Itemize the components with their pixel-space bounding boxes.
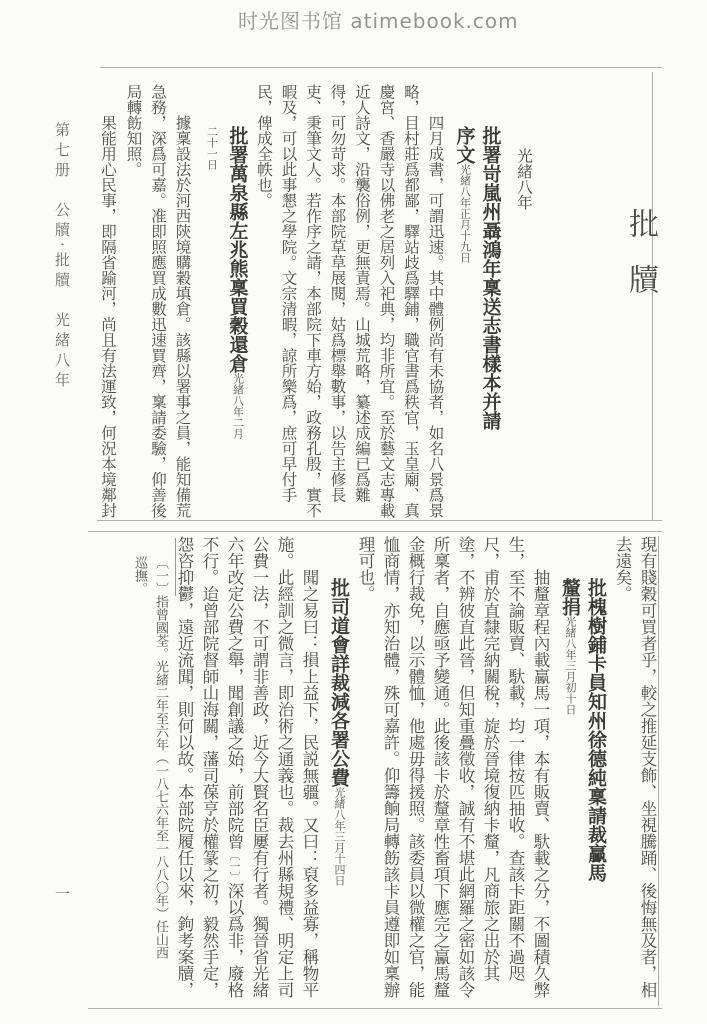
entry-body-2b: 果能用心民事，即隔省踰河，尚且有法運致，何況本境鄰封 (97, 84, 120, 520)
text-run: 四月成書，可謂迅速。其中體例尚有未協者，如名八景爲景略，目村莊爲都鄙，驛站歧爲驛… (255, 84, 445, 518)
entry-body-4: 聞之易曰：損上益下，民説無疆。又曰：裒多益寡，稱物平施。此經訓之微言，即治術之通… (172, 536, 322, 1002)
text-run: 據稟設法於河西陝境購穀填倉。該縣以署事之員，能知備荒急務，深爲可嘉。准即照應買成… (125, 84, 192, 518)
text-run: 抽釐章程內載驘馬一項，本有販賣、馱載之分，不圖積久弊生，至不論販賣、馱載，均一律… (356, 536, 550, 998)
date-annotation: 〔一〕 (228, 850, 241, 883)
text-run: 〔一〕指曾國荃。光緒二年至六年（一八七六年至一八八〇年）任山西 (153, 556, 168, 959)
watermark: 时光图书馆 atimebook.com (238, 5, 519, 34)
text-run: 批司道會詳裁減各署公費 (328, 578, 350, 787)
text-run: 批署岢嵐州聶鴻年稟送志書樣本并請 (480, 126, 502, 430)
bottom-half-page: 現有賤穀可買者乎，較之推延支飾、坐視騰踊、後悔無及者，相去遠矣。批槐樹鋪卡員知州… (88, 536, 660, 1002)
text-run: 釐捐 (559, 578, 581, 616)
text-run: 現有賤穀可買者乎，較之推延支飾、坐視騰踊、後悔無及者，相去遠矣。 (613, 536, 657, 998)
footnote-1: 〔一〕指曾國荃。光緒二年至六年（一八七六年至一八八〇年）任山西巡撫。 (129, 536, 171, 1002)
entry-body-2a: 據稟設法於河西陝境購穀填倉。該縣以署事之員，能知備荒急務，深爲可嘉。准即照應買成… (121, 84, 195, 520)
entry-body-3: 抽釐章程內載驘馬一項，本有販賣、馱載之分，不圖積久弊生，至不論販賣、馱載，均一律… (353, 536, 553, 1002)
date-annotation: 二十一日 (206, 126, 219, 170)
text-run: 批槐樹鋪卡員知州徐德純稟請裁驘馬 (585, 578, 607, 882)
date-annotation: 光緒八年二月 (232, 373, 245, 439)
page-edge-line-mid-upper (97, 520, 662, 521)
entry-title-2: 批署萬泉縣左兆熊稟買穀還倉光緒八年二月二十一日 (199, 84, 251, 520)
era-header: 光緒八年 (512, 84, 537, 520)
text-run: 果能用心民事，即隔省踰河，尚且有法運致，何況本境鄰封 (99, 115, 117, 518)
text-run: 光緒八年 (515, 148, 533, 210)
text-run: 批牘 (623, 208, 658, 320)
folio-page-number: 一 (52, 886, 73, 901)
page-edge-line-mid-lower (88, 531, 662, 532)
page-edge-line-top (100, 67, 662, 68)
text-run: 巡撫。 (132, 556, 147, 595)
top-half-page: 批牘光緒八年批署岢嵐州聶鴻年稟送志書樣本并請序文光緒八年正月十九日四月成書，可謂… (97, 84, 660, 520)
text-run: 批署萬泉縣左兆熊稟買穀還倉 (227, 126, 249, 373)
entry-title-1: 批署岢嵐州聶鴻年稟送志書樣本并請序文光緒八年正月十九日 (452, 84, 504, 520)
date-annotation: 光緒八年正月十九日 (459, 164, 472, 263)
entry-body-2b-continued: 現有賤穀可買者乎，較之推延支飾、坐視騰踊、後悔無及者，相去遠矣。 (610, 536, 660, 1002)
date-annotation: 光緒八年三月初十日 (564, 616, 577, 715)
date-annotation: 光緒八年三月十四日 (333, 787, 346, 886)
entry-body-1: 四月成書，可謂迅速。其中體例尚有未協者，如名八景爲景略，目村莊爲都鄙，驛站歧爲驛… (252, 84, 448, 520)
volume-margin-label: 第七册 公牘·批牘 光緒八年 (52, 122, 73, 552)
entry-title-4: 批司道會詳裁減各署公費光緒八年三月十四日 (326, 536, 352, 1002)
page-edge-line-bottom (88, 1008, 662, 1009)
section-title: 批牘 (622, 84, 658, 520)
entry-title-3: 批槐樹鋪卡員知州徐德純稟請裁驘馬釐捐光緒八年三月初十日 (557, 536, 609, 1002)
text-run: 序文 (454, 126, 476, 164)
